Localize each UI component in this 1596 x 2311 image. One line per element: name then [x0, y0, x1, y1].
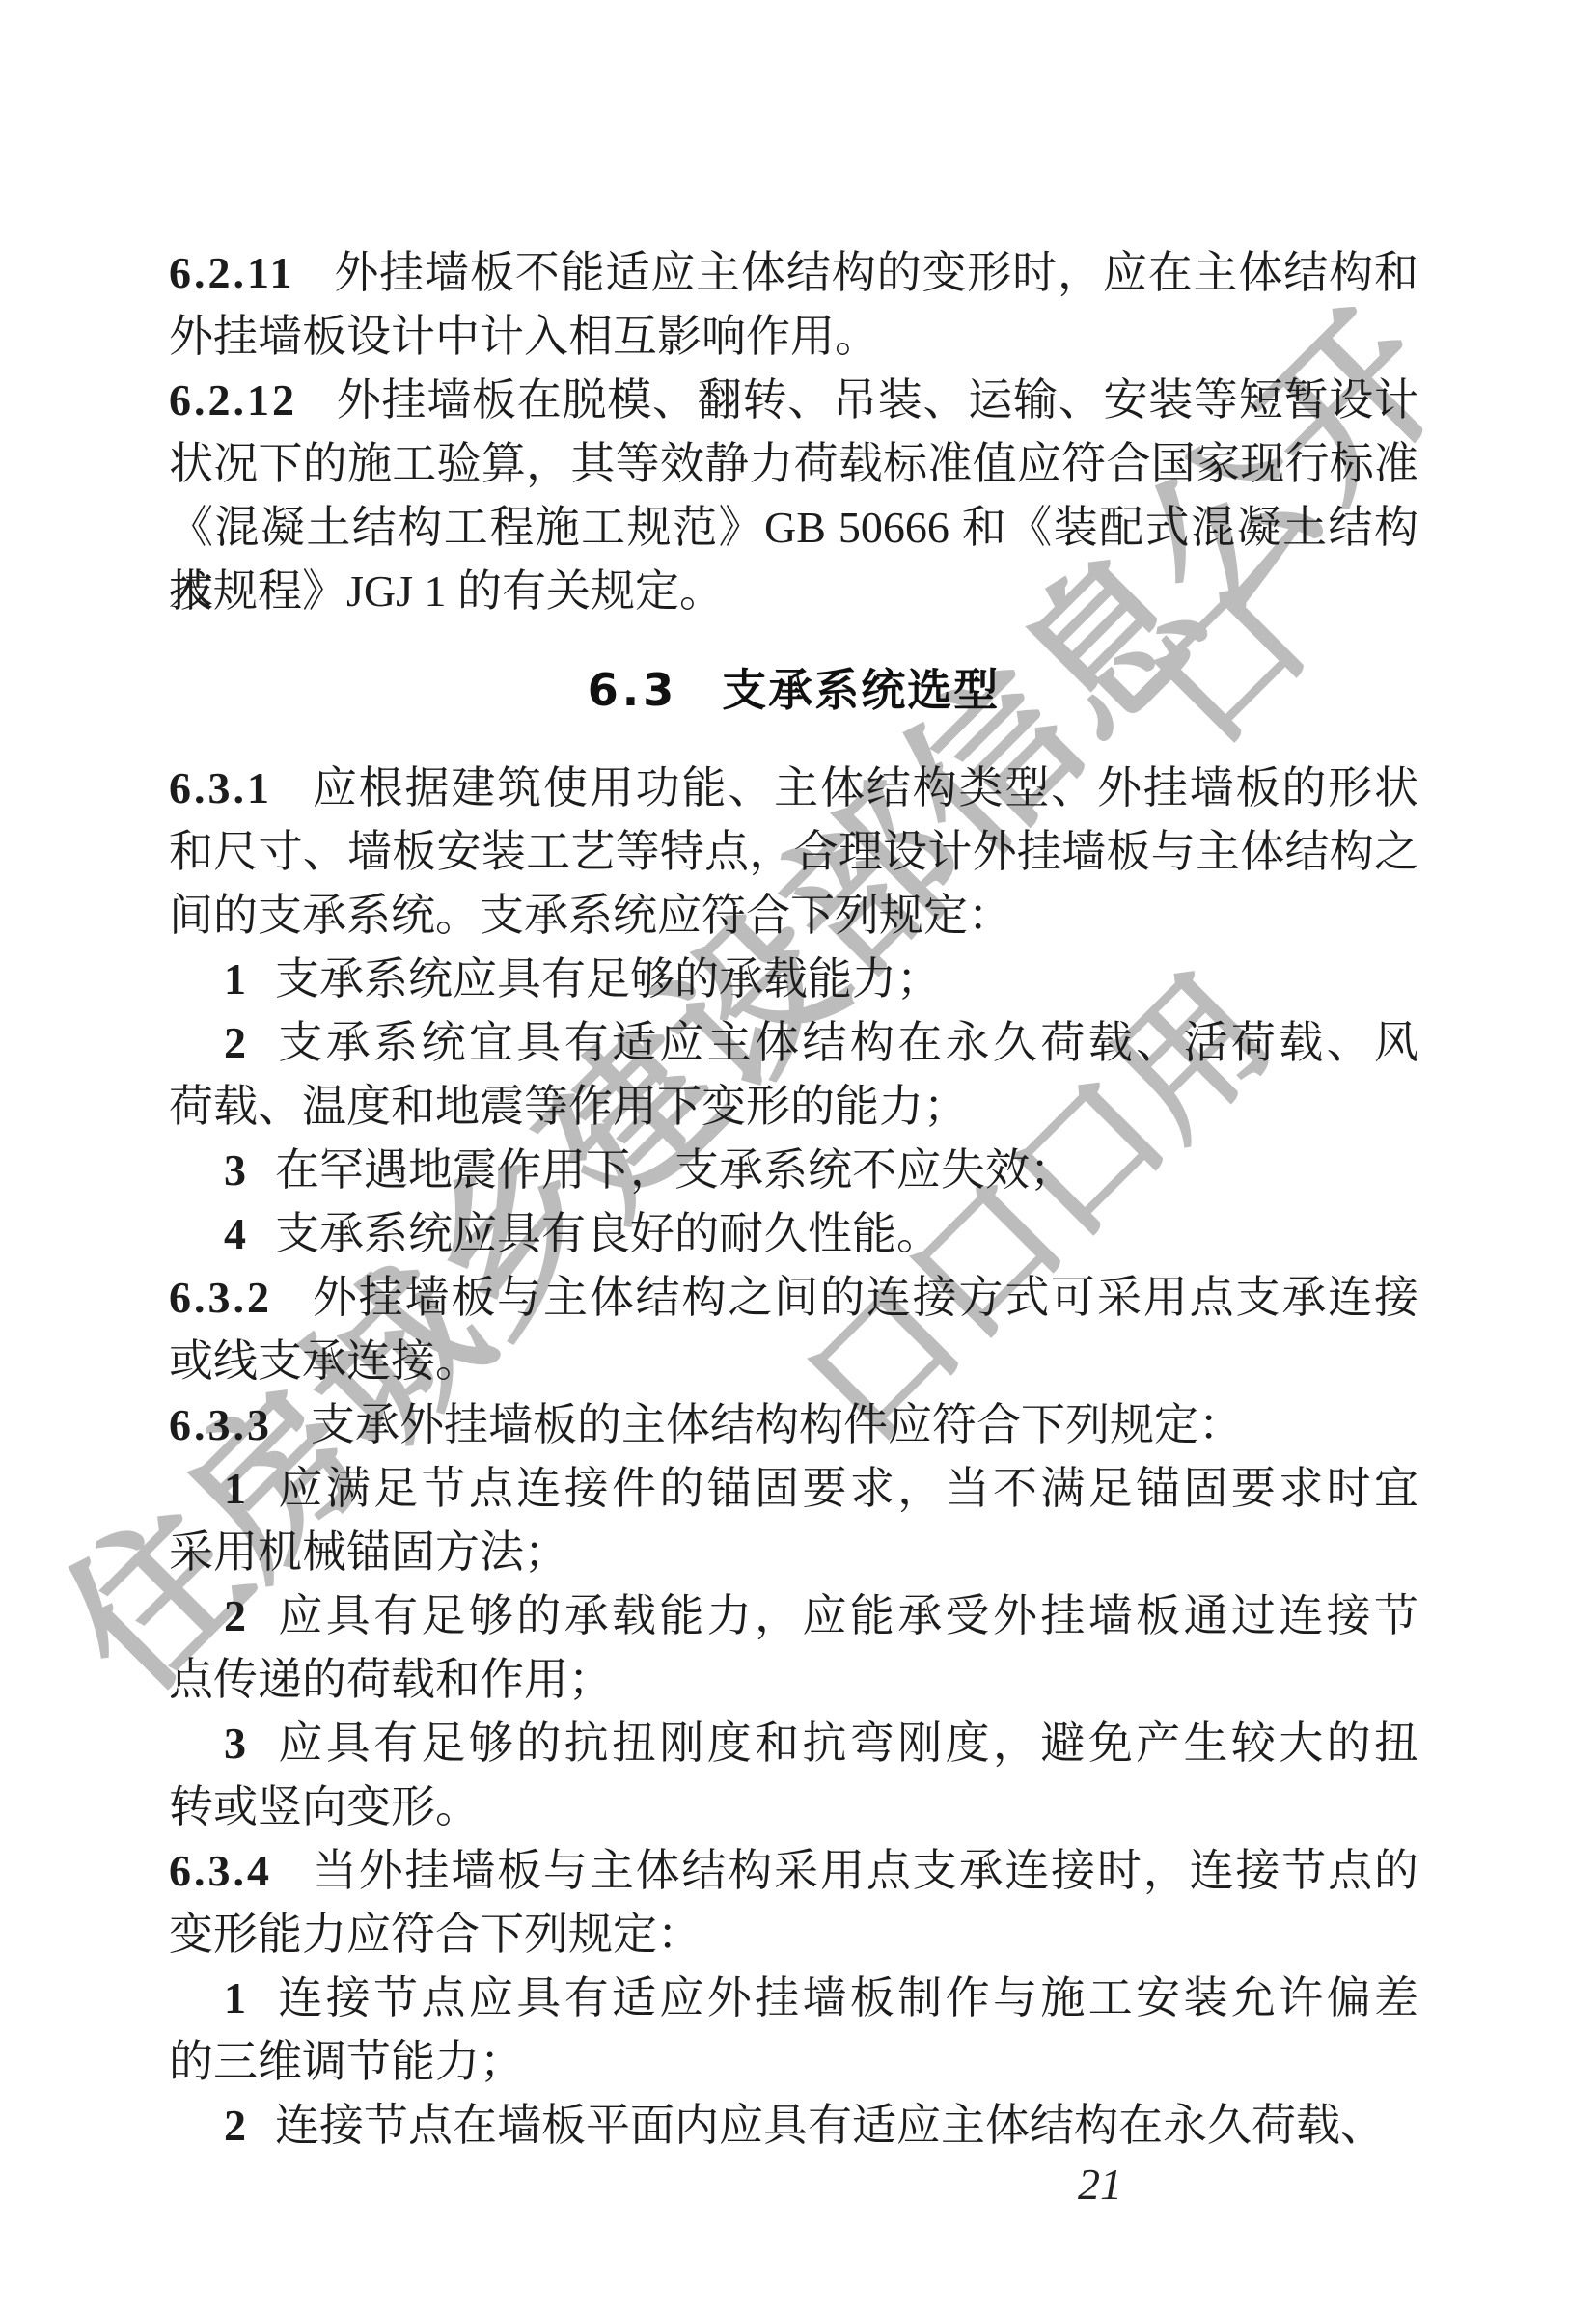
item-text: 连接节点应具有适应外挂墙板制作与施工安装允许偏差 — [275, 1973, 1418, 2022]
item-text: 支承系统应具有足够的承载能力； — [275, 954, 941, 1004]
clause-number: 6.3.2 — [169, 1273, 272, 1322]
clause-text: 外挂墙板设计中计入相互影响作用。 — [169, 312, 879, 361]
item-number: 1 — [224, 1973, 246, 2022]
item-number: 3 — [224, 1719, 246, 1768]
item-text: 荷载、温度和地震等作用下变形的能力； — [169, 1082, 968, 1131]
list-item-line: 2连接节点在墙板平面内应具有适应主体结构在永久荷载、 — [169, 2094, 1418, 2158]
clause-text: 当外挂墙板与主体结构采用点支承连接时，连接节点的 — [311, 1846, 1418, 1895]
list-item-line: 1应满足节点连接件的锚固要求，当不满足锚固要求时宜 — [169, 1457, 1418, 1521]
clause-number: 6.2.12 — [169, 375, 297, 425]
item-text: 应具有足够的承载能力，应能承受外挂墙板通过连接节 — [275, 1591, 1418, 1640]
text-line: 和尺寸、墙板安装工艺等特点，合理设计外挂墙板与主体结构之 — [169, 820, 1418, 884]
section-heading: 6.3支承系统选型 — [169, 658, 1418, 722]
text-line: 荷载、温度和地震等作用下变形的能力； — [169, 1075, 1418, 1139]
text-line: 或线支承连接。 — [169, 1330, 1418, 1393]
list-item-line: 3在罕遇地震作用下，支承系统不应失效； — [169, 1139, 1418, 1202]
text-line: 间的支承系统。支承系统应符合下列规定： — [169, 884, 1418, 948]
text-line: 的三维调节能力； — [169, 2030, 1418, 2094]
item-text: 支承系统宜具有适应主体结构在永久荷载、活荷载、风 — [275, 1018, 1418, 1067]
item-text: 应具有足够的抗扭刚度和抗弯刚度，避免产生较大的扭 — [275, 1719, 1418, 1768]
clause-text: 间的支承系统。支承系统应符合下列规定： — [169, 891, 1012, 940]
clause-text: 或线支承连接。 — [169, 1336, 480, 1386]
list-item-line: 1支承系统应具有足够的承载能力； — [169, 948, 1418, 1011]
clause-text: 应根据建筑使用功能、主体结构类型、外挂墙板的形状 — [311, 763, 1418, 812]
item-text: 应满足节点连接件的锚固要求，当不满足锚固要求时宜 — [275, 1464, 1418, 1513]
clause-line: 6.3.2外挂墙板与主体结构之间的连接方式可采用点支承连接 — [169, 1266, 1418, 1330]
page-number: 21 — [1042, 2159, 1158, 2210]
body-text-column: 6.2.11外挂墙板不能适应主体结构的变形时，应在主体结构和 外挂墙板设计中计入… — [169, 241, 1418, 2158]
clause-text: 外挂墙板与主体结构之间的连接方式可采用点支承连接 — [311, 1273, 1418, 1322]
item-number: 2 — [224, 1591, 246, 1640]
clause-number: 6.3.3 — [169, 1400, 272, 1449]
item-number: 3 — [224, 1145, 246, 1195]
item-text: 转或竖向变形。 — [169, 1782, 480, 1831]
clause-text: 支承外挂墙板的主体结构构件应符合下列规定： — [311, 1400, 1243, 1449]
clause-line: 6.3.3支承外挂墙板的主体结构构件应符合下列规定： — [169, 1393, 1418, 1457]
text-line: 采用机械锚固方法； — [169, 1521, 1418, 1584]
item-text: 采用机械锚固方法； — [169, 1527, 568, 1577]
item-number: 4 — [224, 1209, 246, 1258]
section-title: 支承系统选型 — [722, 664, 1000, 716]
item-number: 1 — [224, 1464, 246, 1513]
clause-text: 状况下的施工验算，其等效静力荷载标准值应符合国家现行标准 — [169, 439, 1418, 488]
item-text: 连接节点在墙板平面内应具有适应主体结构在永久荷载、 — [275, 2101, 1385, 2150]
clause-line: 6.3.1应根据建筑使用功能、主体结构类型、外挂墙板的形状 — [169, 757, 1418, 820]
text-line: 外挂墙板设计中计入相互影响作用。 — [169, 305, 1418, 369]
clause-number: 6.3.4 — [169, 1846, 272, 1895]
standard-document-page: 住房城乡建设部信息公开 口口口用 口 6.2.11外挂墙板不能适应主体结构的变形… — [0, 0, 1596, 2311]
clause-text: 变形能力应符合下列规定： — [169, 1910, 702, 1959]
item-text: 的三维调节能力； — [169, 2037, 524, 2086]
item-text: 支承系统应具有良好的耐久性能。 — [275, 1209, 941, 1258]
section-number: 6.3 — [588, 664, 678, 716]
clause-line: 6.2.11外挂墙板不能适应主体结构的变形时，应在主体结构和 — [169, 241, 1418, 305]
list-item-line: 2应具有足够的承载能力，应能承受外挂墙板通过连接节 — [169, 1584, 1418, 1648]
text-line: 点传递的荷载和作用； — [169, 1648, 1418, 1712]
item-text: 在罕遇地震作用下，支承系统不应失效； — [275, 1145, 1074, 1195]
clause-line: 6.3.4当外挂墙板与主体结构采用点支承连接时，连接节点的 — [169, 1839, 1418, 1903]
text-line: 《混凝土结构工程施工规范》GB 50666 和《装配式混凝土结构技 — [169, 496, 1418, 560]
text-line: 术规程》JGJ 1 的有关规定。 — [169, 560, 1418, 623]
item-text: 点传递的荷载和作用； — [169, 1655, 613, 1704]
clause-number: 6.3.1 — [169, 763, 272, 812]
list-item-line: 4支承系统应具有良好的耐久性能。 — [169, 1202, 1418, 1266]
clause-line: 6.2.12外挂墙板在脱模、翻转、吊装、运输、安装等短暂设计 — [169, 369, 1418, 432]
text-line: 转或竖向变形。 — [169, 1775, 1418, 1839]
item-number: 2 — [224, 1018, 246, 1067]
clause-number: 6.2.11 — [169, 248, 294, 297]
list-item-line: 1连接节点应具有适应外挂墙板制作与施工安装允许偏差 — [169, 1967, 1418, 2030]
item-number: 2 — [224, 2101, 246, 2150]
clause-text: 和尺寸、墙板安装工艺等特点，合理设计外挂墙板与主体结构之 — [169, 827, 1418, 876]
text-line: 变形能力应符合下列规定： — [169, 1903, 1418, 1967]
item-number: 1 — [224, 954, 246, 1004]
text-line: 状况下的施工验算，其等效静力荷载标准值应符合国家现行标准 — [169, 432, 1418, 496]
clause-text: 外挂墙板不能适应主体结构的变形时，应在主体结构和 — [333, 248, 1418, 297]
clause-text: 术规程》JGJ 1 的有关规定。 — [169, 566, 724, 616]
list-item-line: 2支承系统宜具有适应主体结构在永久荷载、活荷载、风 — [169, 1011, 1418, 1075]
clause-text: 外挂墙板在脱模、翻转、吊装、运输、安装等短暂设计 — [336, 375, 1418, 425]
list-item-line: 3应具有足够的抗扭刚度和抗弯刚度，避免产生较大的扭 — [169, 1712, 1418, 1775]
